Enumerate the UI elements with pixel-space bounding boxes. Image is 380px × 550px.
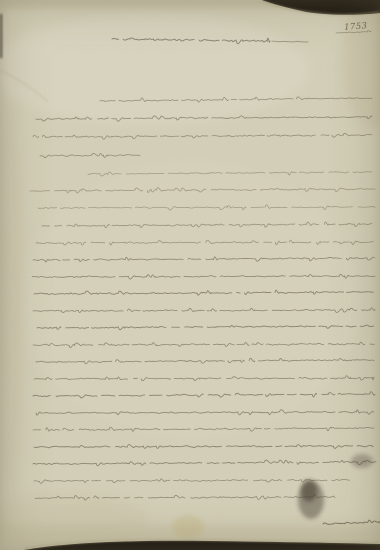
letter-page: 1753 xyxy=(0,0,380,550)
manuscript-letter-scan: 1753 xyxy=(0,0,380,550)
left-edge-shadow xyxy=(0,14,2,58)
paper-grain-overlay xyxy=(0,0,380,550)
